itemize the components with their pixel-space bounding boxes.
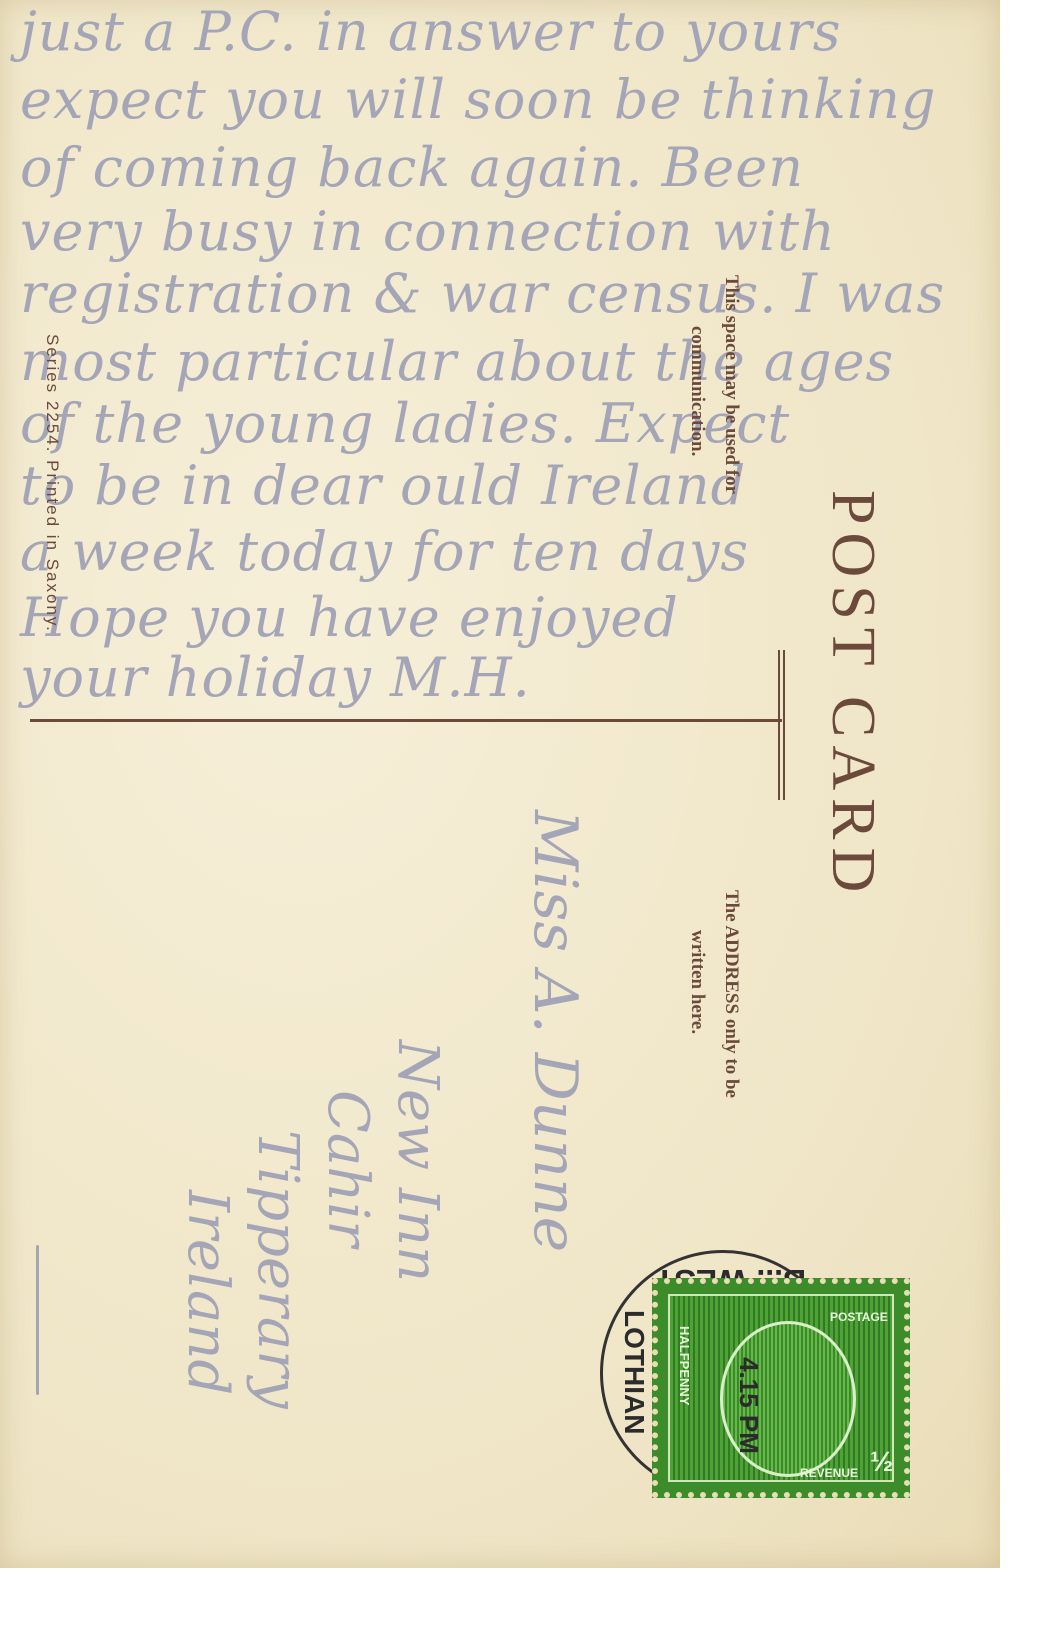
address-line: Tipperary xyxy=(245,1130,310,1409)
postage-stamp: POSTAGE REVENUE HALFPENNY ½ xyxy=(652,1278,910,1498)
address-line: New Inn xyxy=(385,1040,450,1282)
postcard-back: just a P.C. in answer to yours expect yo… xyxy=(0,0,1000,1568)
message-line: a week today for ten days xyxy=(20,520,749,583)
message-line: of the young ladies. Expect xyxy=(20,392,790,455)
address-line: Ireland xyxy=(175,1190,240,1395)
address-instruction-line2: written here. xyxy=(686,930,708,1034)
message-line: of coming back again. Been xyxy=(20,136,804,199)
postmark-time: 4.15 PM xyxy=(733,1357,764,1454)
address-instruction-line1: The ADDRESS only to be xyxy=(720,890,742,1098)
address-underline xyxy=(36,1245,39,1395)
address-line: Cahir xyxy=(315,1090,380,1247)
stamp-label-postage: POSTAGE xyxy=(830,1310,888,1324)
message-line: your holiday M.H. xyxy=(20,646,531,709)
message-line: most particular about the ages xyxy=(20,330,894,393)
post-card-heading: POST CARD xyxy=(817,490,888,900)
communication-instruction-line2: communication. xyxy=(686,326,708,456)
divider-line xyxy=(30,719,782,722)
divider-tick xyxy=(778,650,780,800)
divider-tick xyxy=(783,650,785,800)
postmark-region: LOTHIAN xyxy=(618,1310,650,1434)
stamp-denomination: ½ xyxy=(870,1446,893,1478)
message-line: very busy in connection with xyxy=(20,200,836,263)
message-line: registration & war census. I was xyxy=(20,262,945,325)
message-line: Hope you have enjoyed xyxy=(20,586,679,649)
address-line: Miss A. Dunne xyxy=(520,810,590,1252)
stamp-label-revenue: REVENUE xyxy=(800,1466,858,1480)
publisher-imprint: Series 2254. Printed in Saxony. xyxy=(42,334,62,633)
message-line: expect you will soon be thinking xyxy=(20,68,936,131)
communication-instruction-line1: This space may be used for xyxy=(720,275,742,494)
message-line: to be in dear ould Ireland xyxy=(20,454,746,517)
stamp-label-halfpenny: HALFPENNY xyxy=(677,1326,692,1405)
message-line: just a P.C. in answer to yours xyxy=(20,0,842,63)
